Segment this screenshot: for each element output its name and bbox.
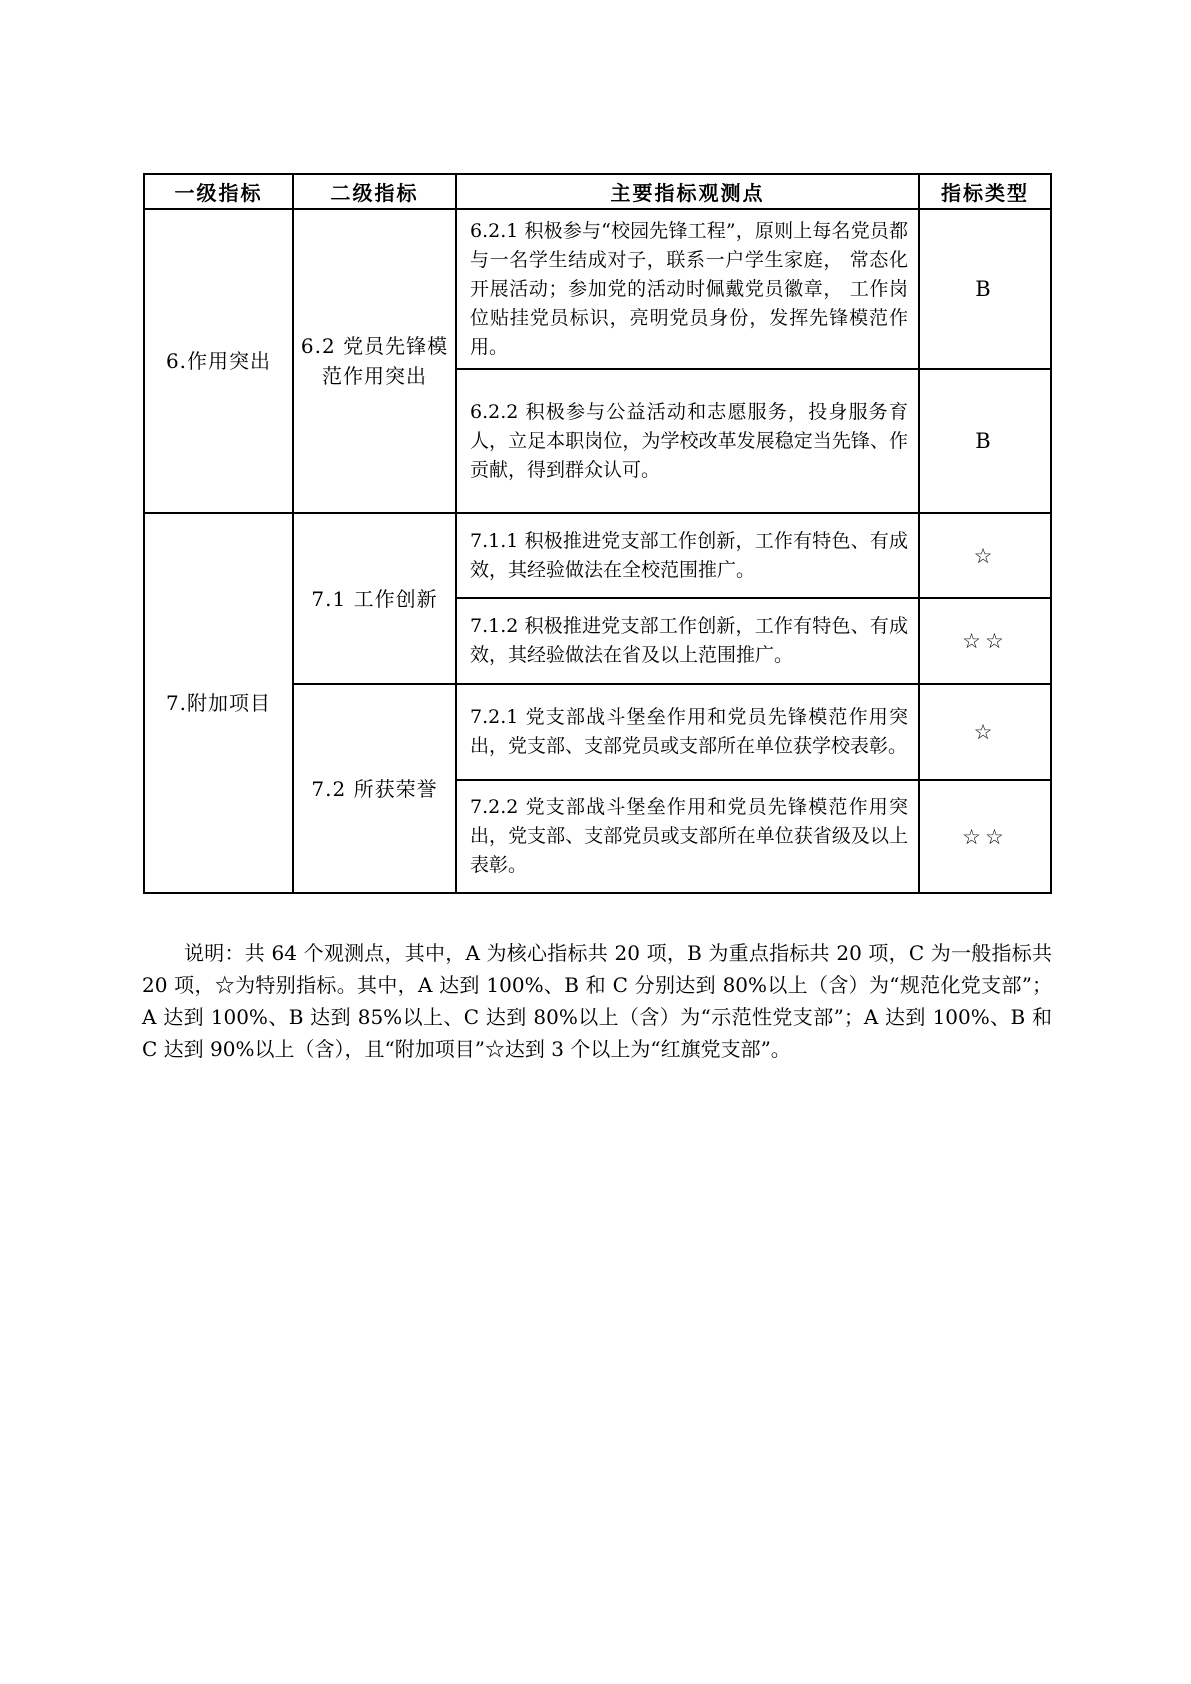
type-cell-7-2-1: ☆ [919, 684, 1051, 780]
observation-cell-6-2-1: 6.2.1 积极参与“校园先锋工程”，原则上每名党员都与一名学生结成对子，联系一… [456, 209, 919, 369]
table-header-row: 一级指标 二级指标 主要指标观测点 指标类型 [144, 174, 1051, 209]
column-header-type: 指标类型 [919, 174, 1051, 209]
column-header-level1: 一级指标 [144, 174, 293, 209]
type-cell-7-2-2: ☆☆ [919, 780, 1051, 893]
observation-cell-6-2-2: 6.2.2 积极参与公益活动和志愿服务，投身服务育人，立足本职岗位，为学校改革发… [456, 369, 919, 513]
indicator-table: 一级指标 二级指标 主要指标观测点 指标类型 6.作用突出 6.2 党员先锋模范… [143, 173, 1052, 894]
column-header-observation: 主要指标观测点 [456, 174, 919, 209]
observation-cell-7-2-2: 7.2.2 党支部战斗堡垒作用和党员先锋模范作用突出，党支部、支部党员或支部所在… [456, 780, 919, 893]
column-header-level2: 二级指标 [293, 174, 456, 209]
explanation-note: 说明：共 64 个观测点，其中，A 为核心指标共 20 项，B 为重点指标共 2… [142, 937, 1052, 1065]
level2-cell-7-1: 7.1 工作创新 [293, 513, 456, 684]
observation-cell-7-1-2: 7.1.2 积极推进党支部工作创新，工作有特色、有成效，其经验做法在省及以上范围… [456, 598, 919, 684]
table-row: 7.附加项目 7.1 工作创新 7.1.1 积极推进党支部工作创新，工作有特色、… [144, 513, 1051, 598]
level2-cell-6-2: 6.2 党员先锋模范作用突出 [293, 209, 456, 513]
observation-cell-7-2-1: 7.2.1 党支部战斗堡垒作用和党员先锋模范作用突出，党支部、支部党员或支部所在… [456, 684, 919, 780]
level1-cell-7: 7.附加项目 [144, 513, 293, 893]
document-page: 一级指标 二级指标 主要指标观测点 指标类型 6.作用突出 6.2 党员先锋模范… [0, 0, 1191, 1684]
level1-cell-6: 6.作用突出 [144, 209, 293, 513]
type-cell-6-2-1: B [919, 209, 1051, 369]
type-cell-7-1-2: ☆☆ [919, 598, 1051, 684]
type-cell-6-2-2: B [919, 369, 1051, 513]
table-row: 6.作用突出 6.2 党员先锋模范作用突出 6.2.1 积极参与“校园先锋工程”… [144, 209, 1051, 369]
level2-cell-7-2: 7.2 所获荣誉 [293, 684, 456, 893]
observation-cell-7-1-1: 7.1.1 积极推进党支部工作创新，工作有特色、有成效，其经验做法在全校范围推广… [456, 513, 919, 598]
type-cell-7-1-1: ☆ [919, 513, 1051, 598]
